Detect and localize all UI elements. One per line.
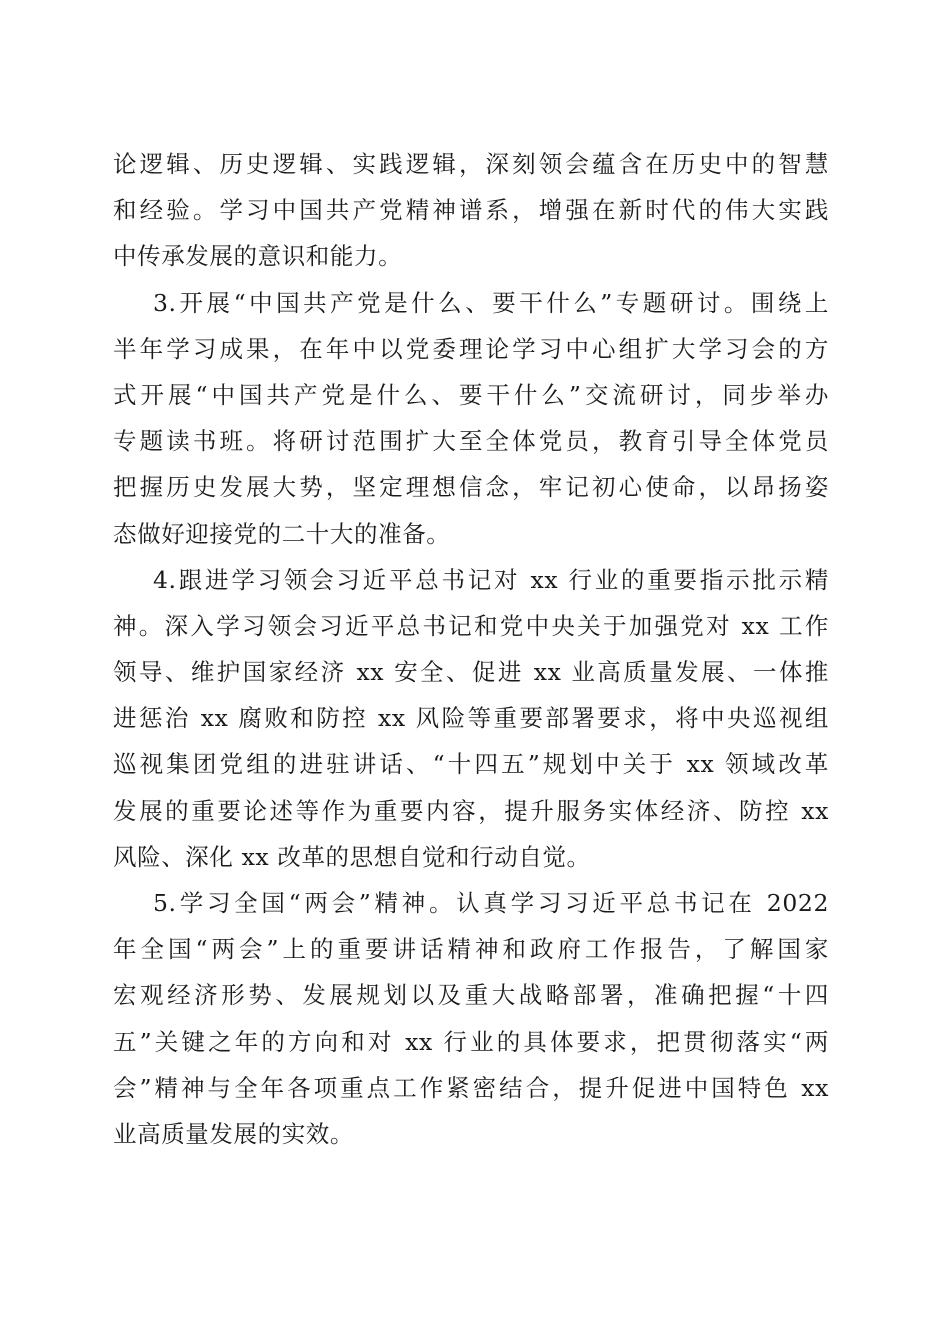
paragraph-item-3: 3.开展“中国共产党是什么、要干什么”专题研讨。围绕上 半年学习成果，在年中以党… xyxy=(113,280,829,557)
text-line: 把握历史发展大势，坚定理想信念，牢记初心使命，以昂扬姿 xyxy=(113,464,829,510)
text-line: 业高质量发展的实效。 xyxy=(113,1111,829,1157)
text-line: 神。深入学习领会习近平总书记和党中央关于加强党对 xx 工作 xyxy=(113,603,829,649)
text-line: 年全国“两会”上的重要讲话精神和政府工作报告，了解国家 xyxy=(113,926,829,972)
text-line: 会”精神与全年各项重点工作紧密结合，提升促进中国特色 xx xyxy=(113,1065,829,1111)
paragraph-item-5: 5.学习全国“两会”精神。认真学习习近平总书记在 2022 年全国“两会”上的重… xyxy=(113,880,829,1157)
text-line: 中传承发展的意识和能力。 xyxy=(113,233,829,279)
text-line: 半年学习成果，在年中以党委理论学习中心组扩大学习会的方 xyxy=(113,326,829,372)
text-line-heading: 4.跟进学习领会习近平总书记对 xx 行业的重要指示批示精 xyxy=(113,557,829,603)
text-line: 巡视集团党组的进驻讲话、“十四五”规划中关于 xx 领域改革 xyxy=(113,741,829,787)
text-line: 发展的重要论述等作为重要内容，提升服务实体经济、防控 xx xyxy=(113,788,829,834)
text-line: 五”关键之年的方向和对 xx 行业的具体要求，把贯彻落实“两 xyxy=(113,1019,829,1065)
text-line: 进惩治 xx 腐败和防控 xx 风险等重要部署要求，将中央巡视组 xyxy=(113,695,829,741)
text-line: 和经验。学习中国共产党精神谱系，增强在新时代的伟大实践 xyxy=(113,187,829,233)
text-line: 专题读书班。将研讨范围扩大至全体党员，教育引导全体党员 xyxy=(113,418,829,464)
text-line: 领导、维护国家经济 xx 安全、促进 xx 业高质量发展、一体推 xyxy=(113,649,829,695)
text-line: 宏观经济形势、发展规划以及重大战略部署，准确把握“十四 xyxy=(113,972,829,1018)
text-line: 论逻辑、历史逻辑、实践逻辑，深刻领会蕴含在历史中的智慧 xyxy=(113,141,829,187)
paragraph-continuation: 论逻辑、历史逻辑、实践逻辑，深刻领会蕴含在历史中的智慧 和经验。学习中国共产党精… xyxy=(113,141,829,280)
paragraph-item-4: 4.跟进学习领会习近平总书记对 xx 行业的重要指示批示精 神。深入学习领会习近… xyxy=(113,557,829,880)
text-line: 态做好迎接党的二十大的准备。 xyxy=(113,511,829,557)
text-line-heading: 3.开展“中国共产党是什么、要干什么”专题研讨。围绕上 xyxy=(113,280,829,326)
text-line: 风险、深化 xx 改革的思想自觉和行动自觉。 xyxy=(113,834,829,880)
text-line: 式开展“中国共产党是什么、要干什么”交流研讨，同步举办 xyxy=(113,372,829,418)
document-body: 论逻辑、历史逻辑、实践逻辑，深刻领会蕴含在历史中的智慧 和经验。学习中国共产党精… xyxy=(113,141,829,1157)
document-page: 论逻辑、历史逻辑、实践逻辑，深刻领会蕴含在历史中的智慧 和经验。学习中国共产党精… xyxy=(0,0,950,1344)
text-line-heading: 5.学习全国“两会”精神。认真学习习近平总书记在 2022 xyxy=(113,880,829,926)
